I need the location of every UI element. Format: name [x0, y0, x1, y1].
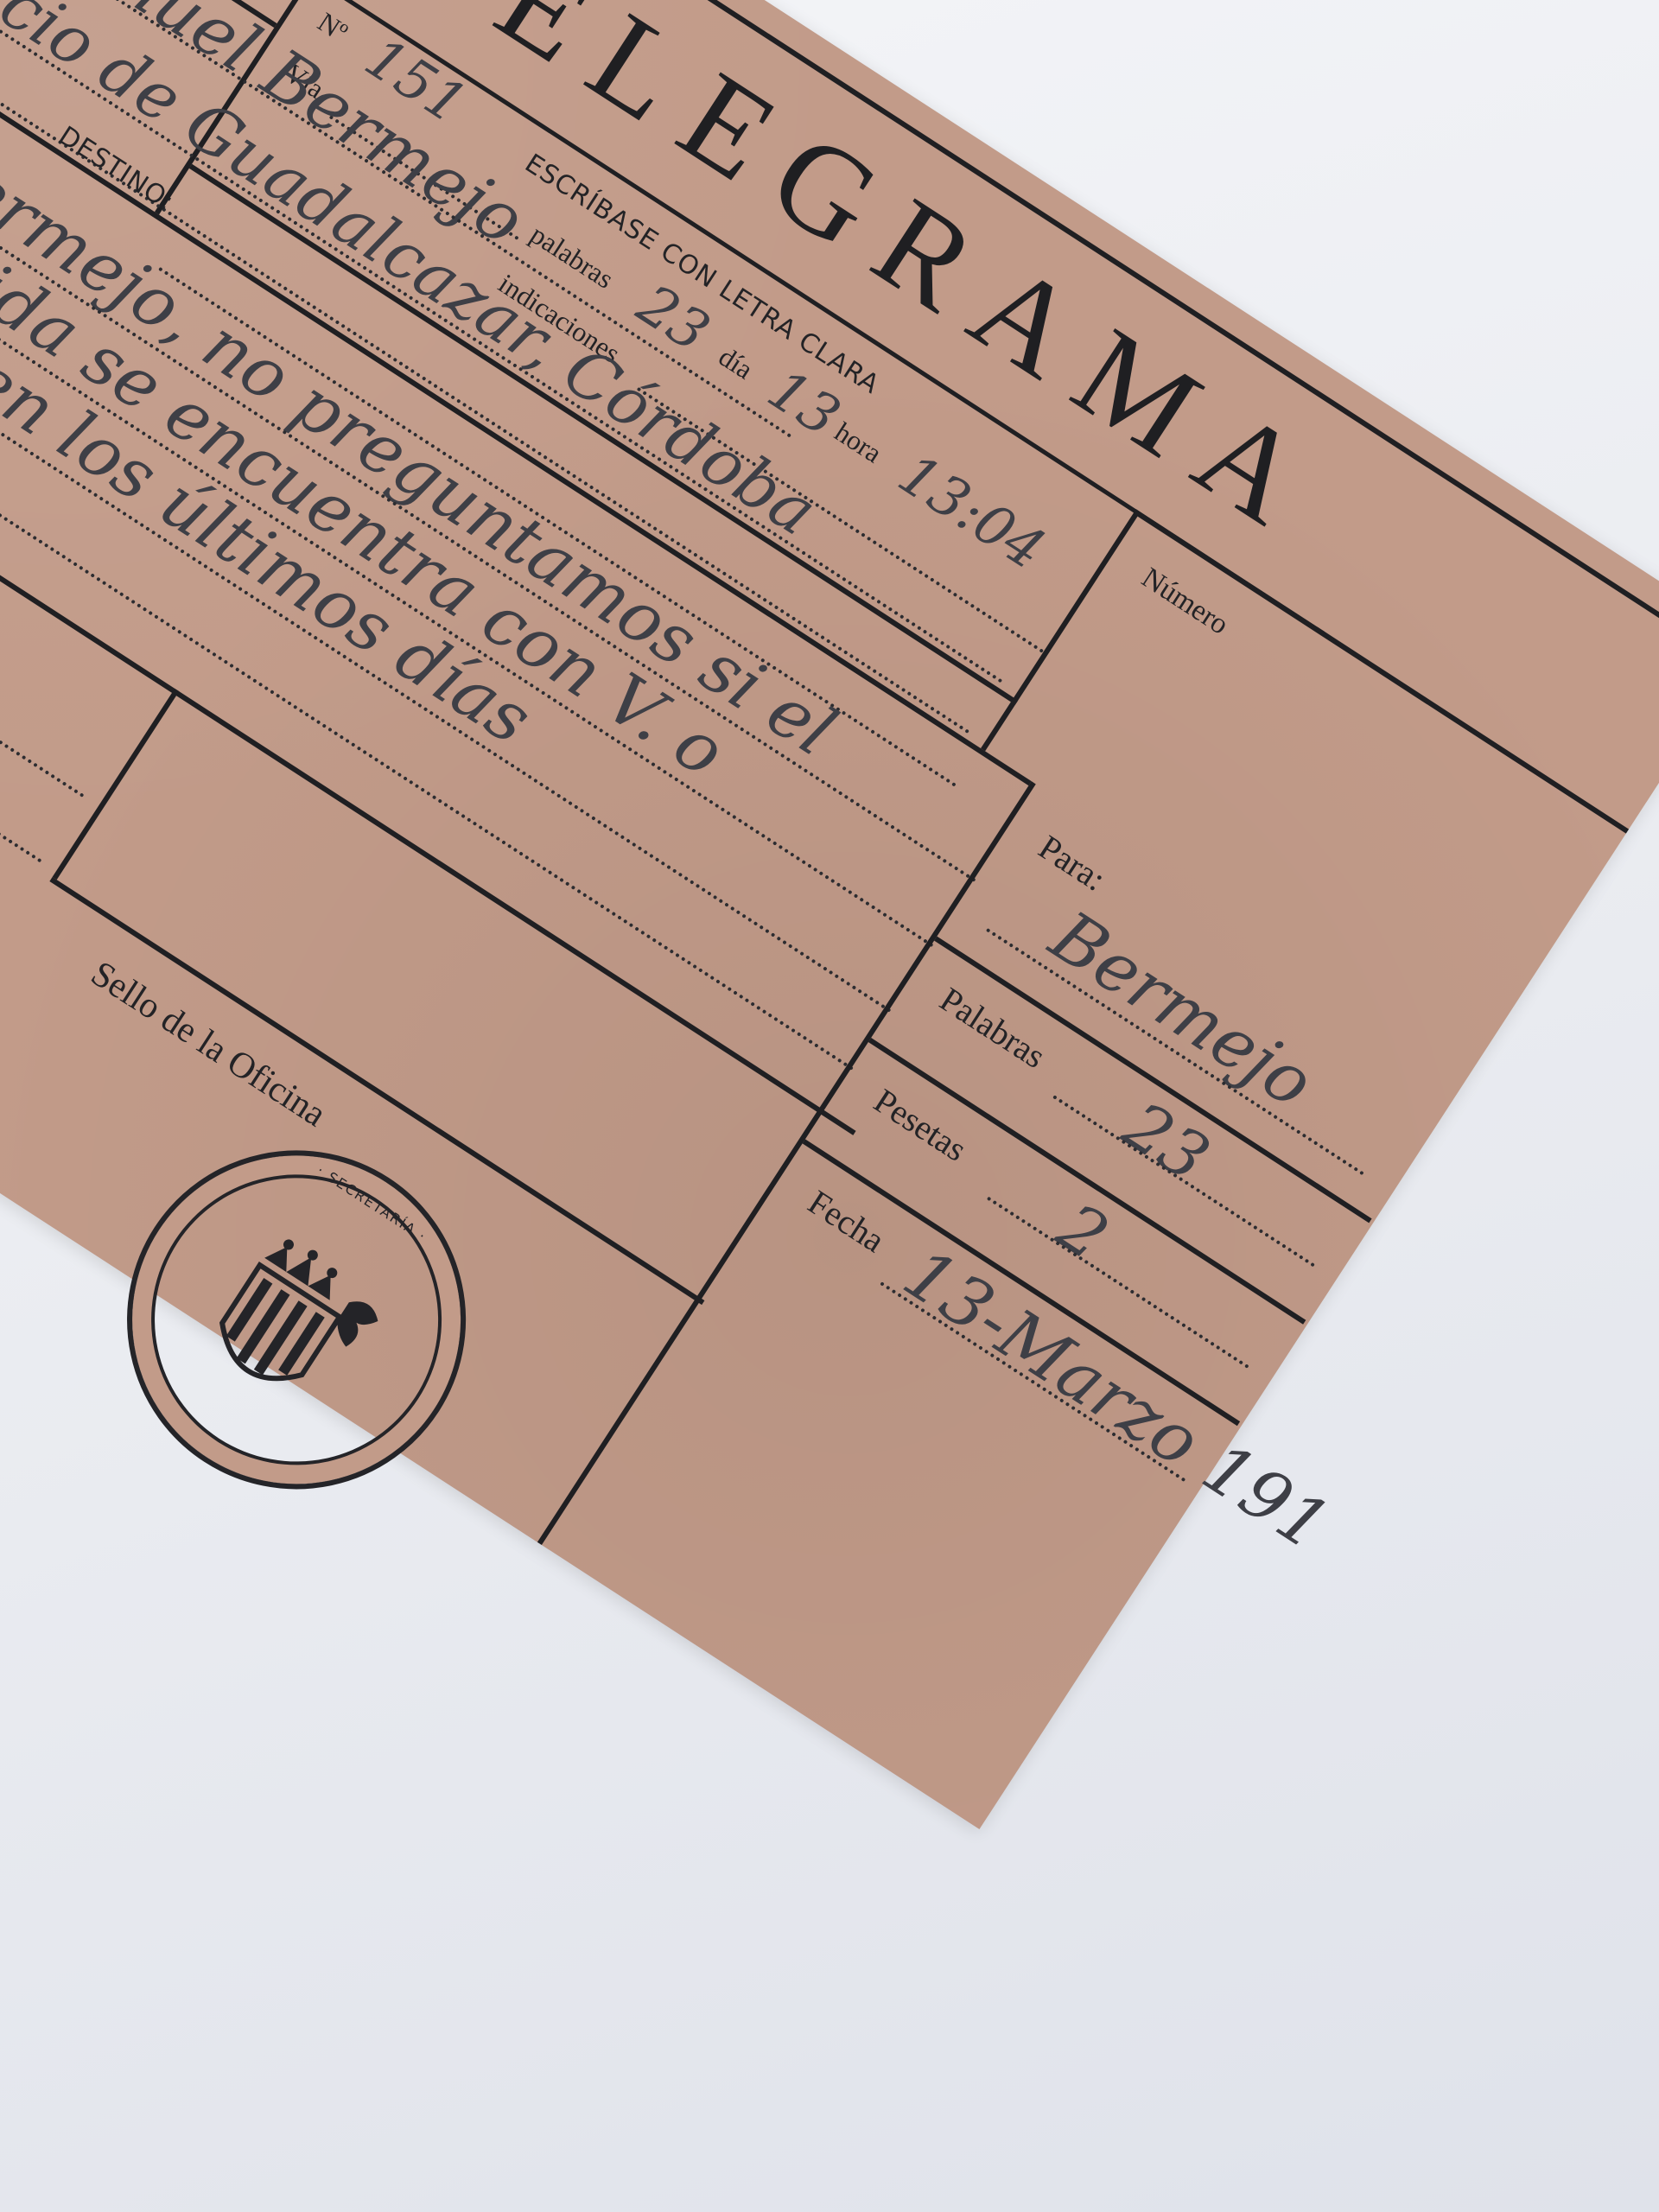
numero-box-label: Número [1135, 562, 1234, 642]
frame-line [537, 781, 1036, 1545]
expedidor-rule [0, 436, 42, 863]
dia-label: día [713, 340, 759, 385]
frame-line [1134, 509, 1630, 833]
para-label: Para: [1032, 827, 1114, 899]
palabras-side-label: Palabras [932, 979, 1052, 1077]
coat-of-arms-icon [168, 1215, 407, 1454]
frame-line [53, 689, 180, 880]
numero-label: Nº [312, 6, 353, 48]
telegram-card: TELEGRAMA Nº 151 ESCRÍBASE CON LETRA CLA… [0, 0, 1659, 1829]
hora-label: hora [829, 416, 887, 469]
hora-value: 13:04 [887, 442, 1056, 583]
para-value: Bermejo [1037, 896, 1327, 1123]
official-seal-stamp: · SECRETARÍA · [62, 1085, 531, 1554]
